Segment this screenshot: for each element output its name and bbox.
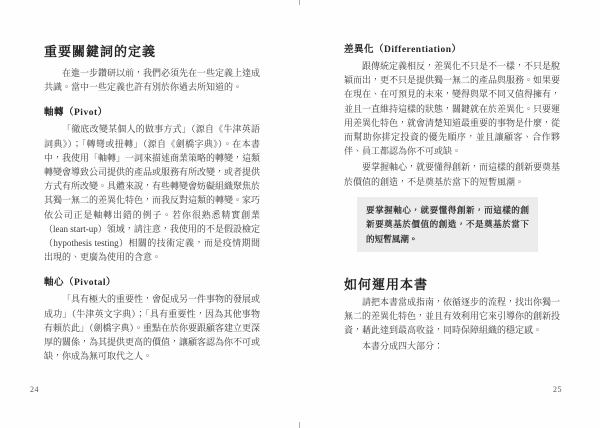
section-body-pivotal: 「具有極大的重要性，會促成另一件事物的發展或成功」（牛津英文字典）；「具有重要性… xyxy=(44,292,260,363)
fold-mark-bottom xyxy=(299,422,300,428)
section-heading-how-to-use: 如何運用本書 xyxy=(344,277,560,293)
four-parts-lead-in: 本書分成四大部分： xyxy=(344,339,560,353)
section-heading-pivotal: 軸心（Pivotal） xyxy=(44,277,260,290)
page-right: 差異化（Differentiation） 跟傳統定義相反，差異化不只是不一樣，不… xyxy=(344,44,560,353)
fold-mark-top xyxy=(299,0,300,5)
section-body-pivot: 「徹底改變某個人的做事方式」（源自《牛津英語詞典》）；「轉彎或扭轉」（源自《劍橋… xyxy=(44,122,260,264)
page-number-left: 24 xyxy=(30,385,39,394)
section-heading-pivot: 軸轉（Pivot） xyxy=(44,107,260,120)
page-title: 重要關鍵詞的定義 xyxy=(44,44,260,60)
section-heading-differentiation: 差異化（Differentiation） xyxy=(344,44,560,57)
intro-paragraph: 在進一步鑽研以前，我們必須先在一些定義上達成共識。當中一些定義也許有別於你過去所… xyxy=(44,66,260,94)
page-left: 重要關鍵詞的定義 在進一步鑽研以前，我們必須先在一些定義上達成共識。當中一些定義… xyxy=(44,44,260,363)
pull-quote-box: 要掌握軸心，就要懂得創新，而這樣的創新要奠基於價值的創造，不是奠基於當下的短暫風… xyxy=(357,197,538,252)
section-body-differentiation: 跟傳統定義相反，差異化不只是不一樣，不只是脫穎而出，更不只是提供獨一無二的產品與… xyxy=(344,59,560,158)
how-to-use-paragraph: 請把本書當成指南，依循逐步的流程，找出你獨一無二的差異化特色，並且有效利用它來引… xyxy=(344,295,560,338)
book-spread: 重要關鍵詞的定義 在進一步鑽研以前，我們必須先在一些定義上達成共識。當中一些定義… xyxy=(0,0,600,428)
section-paragraph-pivotal-innovation: 要掌握軸心，就要懂得創新，而這樣的創新要奠基於價值的創造，不是奠基於當下的短暫風… xyxy=(344,160,560,188)
page-number-right: 25 xyxy=(553,385,562,394)
